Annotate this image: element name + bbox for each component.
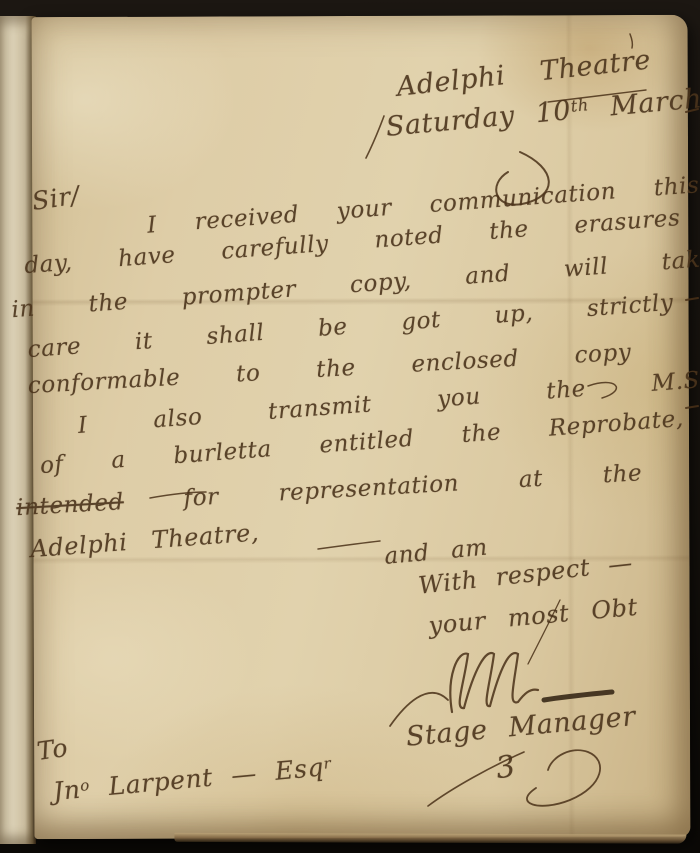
header-date-day: Saturday 10 — [385, 95, 573, 143]
address-name-pre: Jn — [52, 775, 82, 806]
struck-word: intended — [16, 489, 125, 521]
letter-page: Adelphi Theatre Saturday 10th March Sir/… — [32, 15, 691, 839]
address-name: Jno Larpent — Esqr — [52, 752, 333, 806]
header-date-ordinal: th — [570, 95, 590, 116]
address-name-sup2: r — [323, 754, 332, 773]
signature-role: Stage Manager — [405, 701, 637, 753]
address-name-mid: Larpent — Esq — [89, 753, 325, 803]
salutation: Sir/ — [30, 180, 82, 216]
flourish-numeral: 3 — [494, 749, 518, 786]
body-line-9-and: and am — [383, 535, 489, 570]
photo-background: Adelphi Theatre Saturday 10th March Sir/… — [0, 0, 700, 853]
body-line-8-rest: for representation at the — [183, 460, 643, 512]
body-line-9-place: Adelphi Theatre, — [29, 518, 260, 563]
header-date-month: March — [588, 83, 700, 124]
closing-valediction: your most Obt — [427, 593, 639, 640]
address-to: To — [35, 733, 70, 766]
facing-page-edge — [0, 16, 36, 844]
